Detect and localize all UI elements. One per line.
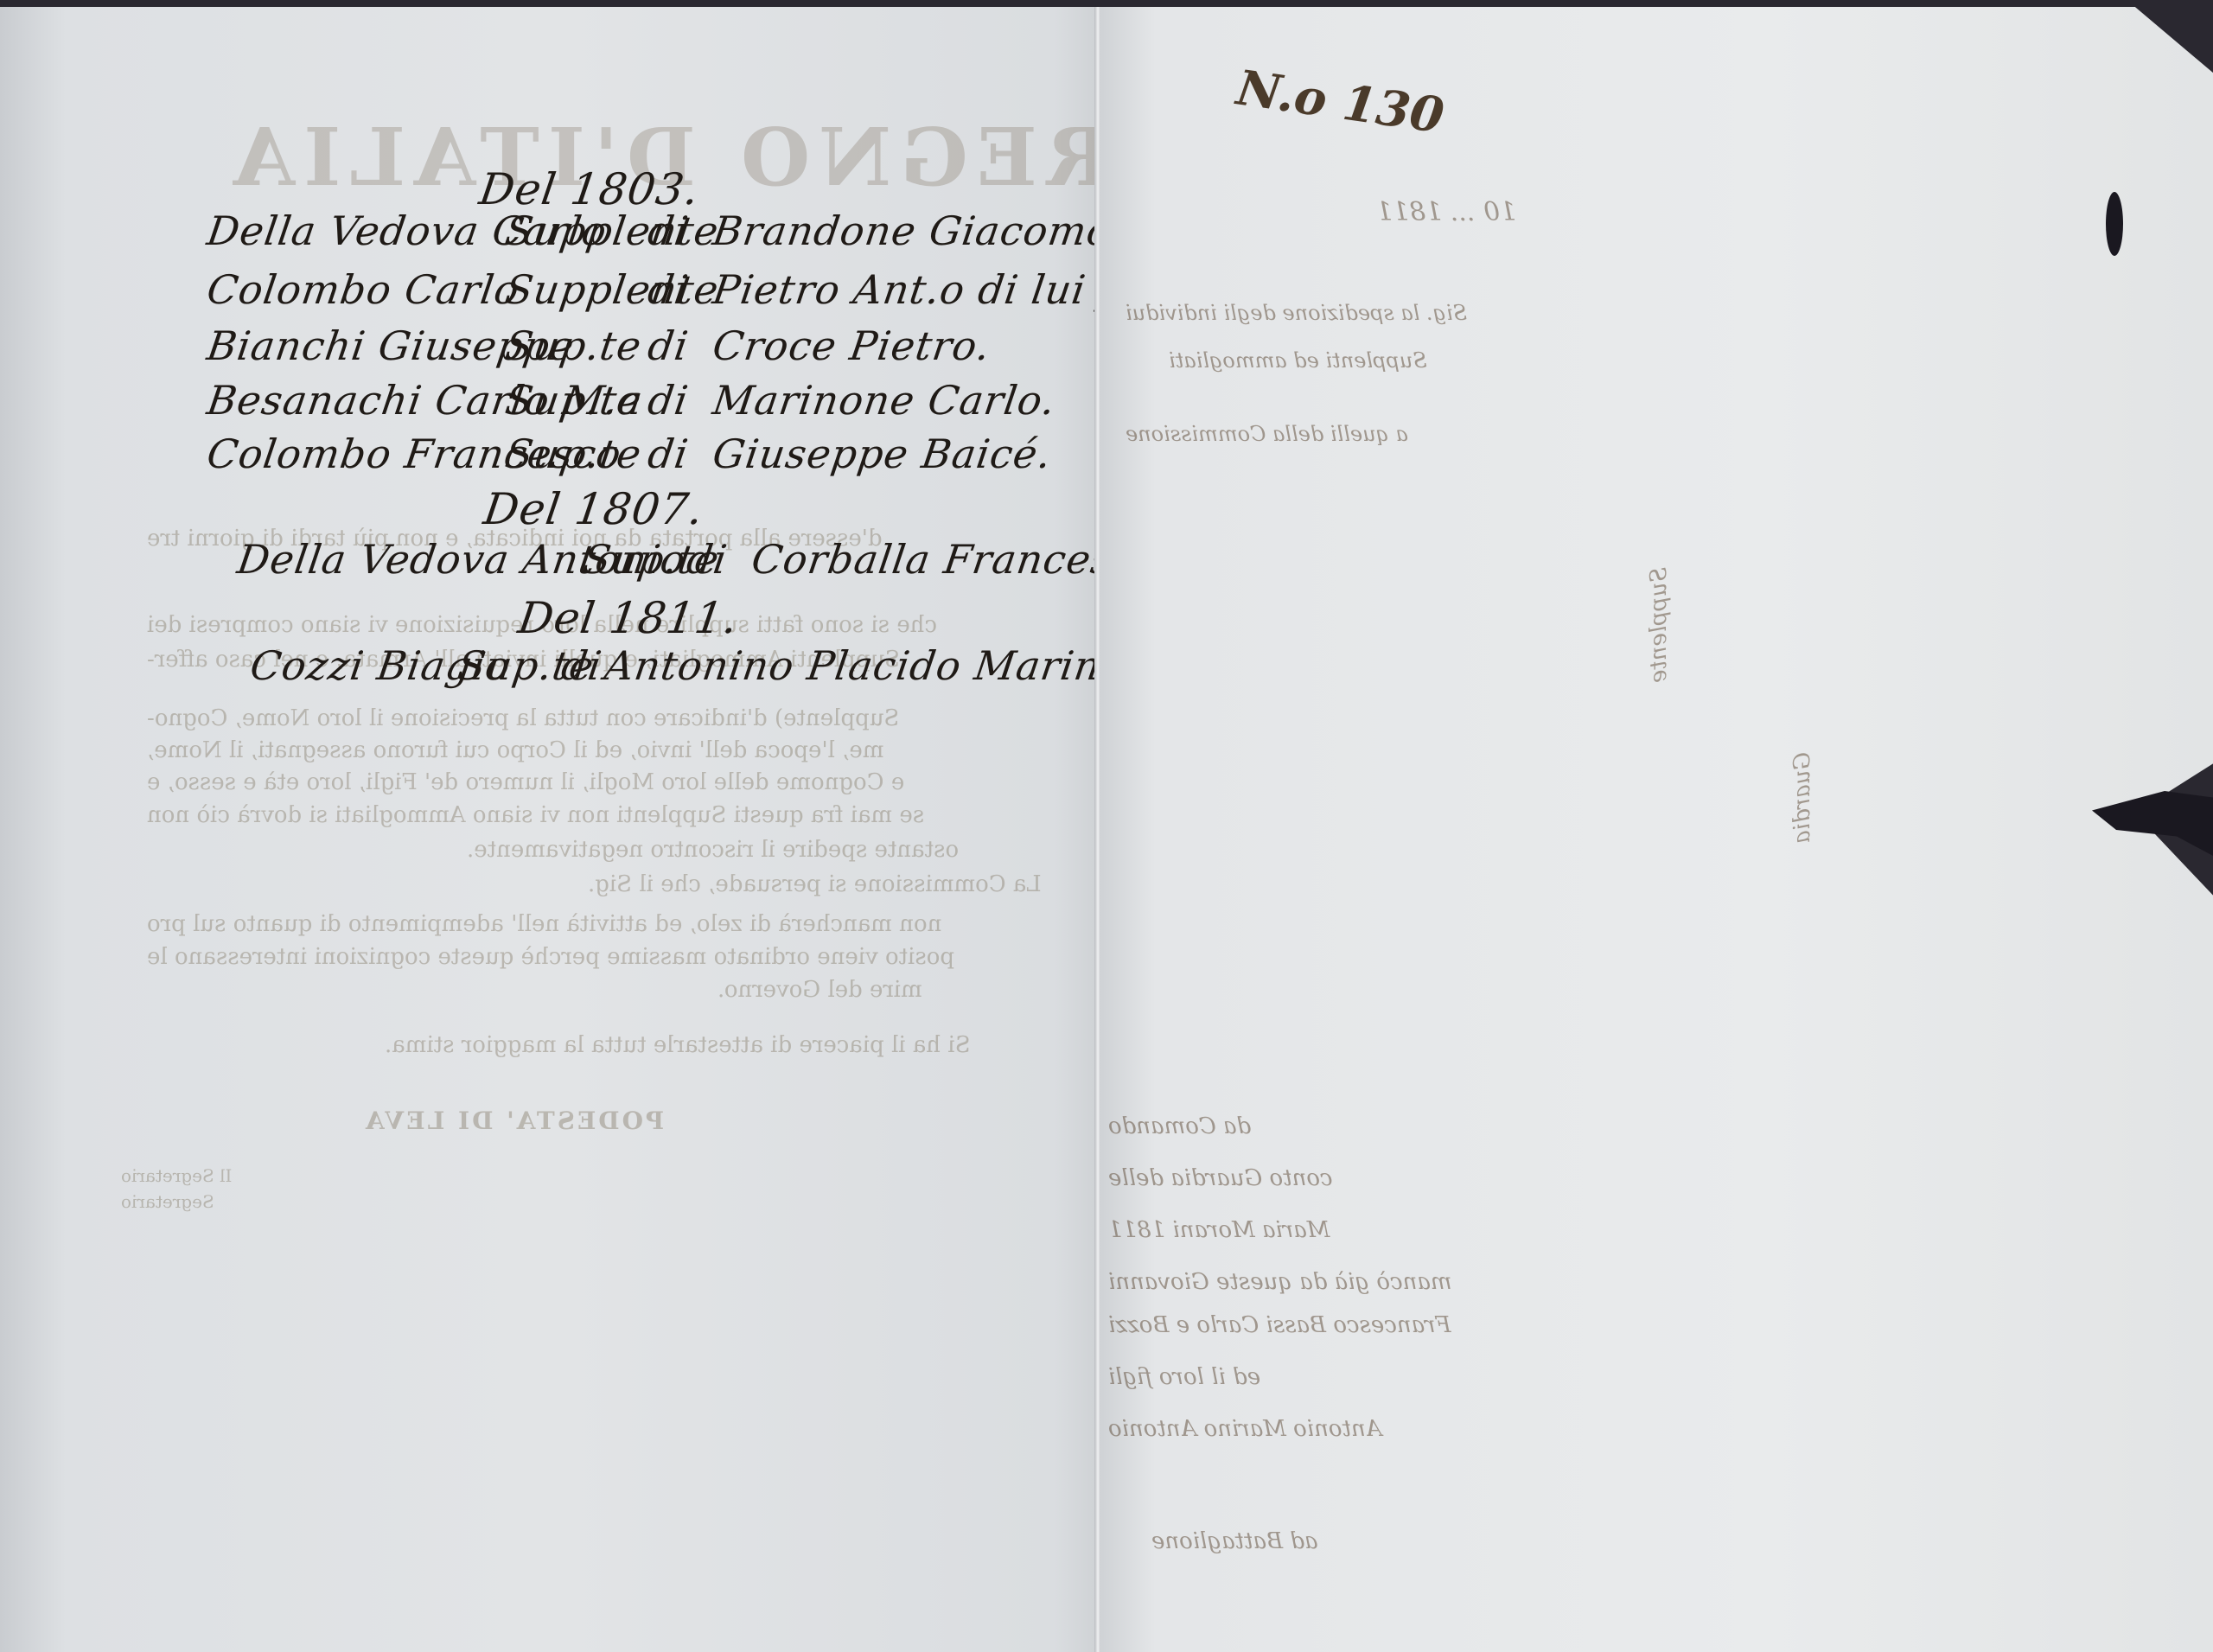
entry-row: Colombo FrancescoSup.tediGiuseppe Baicé. — [204, 431, 1055, 477]
show-through-script: da Comando — [1108, 1113, 1251, 1139]
entry-row: Besanachi Carlo M.aSup.tediMarinone Carl… — [204, 377, 1058, 424]
show-through-line: posito viene ordinato massime perchè que… — [147, 944, 954, 970]
show-through-line: non mancherà di zelo, ed attività nell' … — [147, 911, 941, 937]
show-through-script: Maria Morani 1811 — [1108, 1217, 1330, 1243]
show-through-vertical-script: Guardia — [1789, 752, 1815, 844]
entry-row: Cozzi BiagioSup.tediAntonino Placido Mar… — [247, 642, 1142, 689]
show-through-script: ed il loro figli — [1108, 1364, 1260, 1390]
year-heading-1807: Del 1807. — [481, 484, 707, 534]
show-through-line: Supplente) d'indicare con tutta la preci… — [147, 705, 899, 731]
show-through-script: a quelli della Commissione — [1126, 422, 1408, 446]
show-through-line: La Commissione si persuade, che il Sig. — [588, 871, 1042, 897]
show-through-vertical-script: Supplente — [1646, 567, 1672, 683]
show-through-script: Supplenti ed ammogliati — [1169, 348, 1427, 373]
show-through-script: ad Battaglione — [1151, 1528, 1317, 1554]
show-through-signature: PODESTA' DI LEVA — [363, 1107, 664, 1135]
show-through-line: me, l'epoca dell' invio, ed il Corpo cui… — [147, 737, 883, 763]
show-through-script: conto Guardia delle — [1108, 1165, 1333, 1191]
show-through-line: Si ha il piacere di attestarle tutta la … — [385, 1032, 971, 1058]
show-through-line: se mai fra questi Supplenti non vi siano… — [147, 802, 924, 828]
show-through-date: 10 ... 1811 — [1376, 197, 1516, 227]
entry-row: Bianchi GiuseppeSup.tediCroce Pietro. — [204, 322, 993, 369]
show-through-line: e Cognome delle loro Mogli, il numero de… — [147, 769, 904, 795]
show-through-line: mire del Governo. — [717, 977, 922, 1003]
show-through-footer: Segretario — [121, 1191, 214, 1212]
show-through-script: Sig. la spedizione degli individui — [1126, 301, 1467, 325]
show-through-script: Francesco Bassi Carlo e Bozzi — [1108, 1312, 1451, 1338]
show-through-script: mancò già da queste Giovanni — [1108, 1269, 1451, 1295]
show-through-script: Antonio Marino Antonio — [1108, 1416, 1381, 1442]
ink-blot — [2106, 192, 2123, 256]
left-page: REGNO D'ITALIA d'essere alla portata da … — [0, 7, 1098, 1652]
entry-row: Della Vedova CarloSupplentediBrandone Gi… — [204, 207, 1128, 254]
show-through-line: ostante spedire il riscontro negativamen… — [467, 837, 959, 863]
year-heading-1811: Del 1811. — [515, 593, 742, 643]
right-page: 10 ... 1811 Sig. la spedizione degli ind… — [1100, 7, 2213, 1652]
show-through-footer: Il Segretario — [121, 1165, 232, 1186]
